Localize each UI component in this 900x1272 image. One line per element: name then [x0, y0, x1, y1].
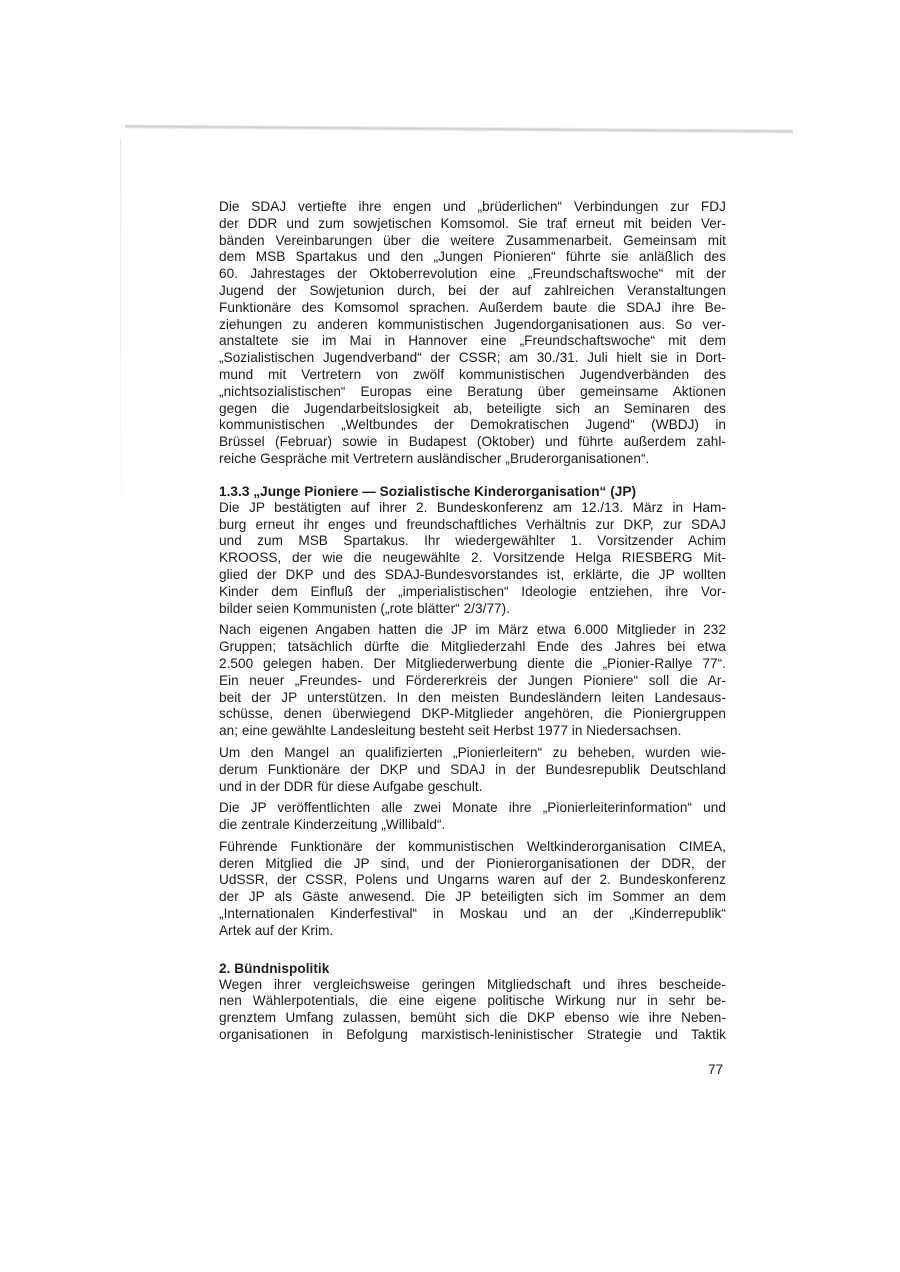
text-line: Brüssel (Februar) sowie in Budapest (Okt…	[219, 434, 726, 451]
paragraph-sdaj-relations: Die SDAJ vertiefte ihre engen und „brüde…	[219, 199, 726, 468]
text-line: „nichtsozialistischen“ Europas eine Bera…	[219, 384, 726, 401]
text-line: burg erneut ihr enges und freundschaftli…	[219, 517, 726, 534]
text-line: Gruppen; tatsächlich dürfte die Mitglied…	[219, 639, 726, 656]
paragraph-buendnispolitik: Wegen ihrer vergleichsweise geringen Mit…	[219, 977, 726, 1044]
text-line: deren Mitglied die JP sind, und der Pion…	[219, 856, 726, 873]
text-line: Nach eigenen Angaben hatten die JP im Mä…	[219, 622, 726, 639]
text-line: grenztem Umfang zulassen, bemüht sich di…	[219, 1010, 726, 1027]
text-line: Die JP veröffentlichten alle zwei Monate…	[219, 800, 726, 817]
text-line: dem MSB Spartakus und den „Jungen Pionie…	[219, 249, 726, 266]
paragraph-jp-membership: Nach eigenen Angaben hatten die JP im Mä…	[219, 622, 726, 740]
text-line: ziehungen zu anderen kommunistischen Jug…	[219, 317, 726, 334]
text-line: KROOSS, der wie die neugewählte 2. Vorsi…	[219, 550, 726, 567]
paragraph-international-contacts: Führende Funktionäre der kommunistischen…	[219, 839, 726, 940]
text-line: anstaltete sie im Mai in Hannover eine „…	[219, 333, 726, 350]
text-line: 2.500 gelegen haben. Der Mitgliederwerbu…	[219, 656, 726, 673]
text-line: die zentrale Kinderzeitung „Willibald“.	[219, 817, 726, 834]
text-line: mund mit Vertretern von zwölf kommunisti…	[219, 367, 726, 384]
text-line: „Sozialistischen Jugendverband“ der CSSR…	[219, 350, 726, 367]
text-line: gegen die Jugendarbeitslosigkeit ab, bet…	[219, 401, 726, 418]
text-line: schüsse, denen überwiegend DKP-Mitgliede…	[219, 706, 726, 723]
text-line: Artek auf der Krim.	[219, 923, 726, 940]
text-line: an; eine gewählte Landesleitung besteht …	[219, 723, 726, 740]
text-line: der JP als Gäste anwesend. Die JP beteil…	[219, 889, 726, 906]
text-line: Jugend der Sowjetunion durch, bei der au…	[219, 283, 726, 300]
text-line: Wegen ihrer vergleichsweise geringen Mit…	[219, 977, 726, 994]
paragraph-jp-publications: Die JP veröffentlichten alle zwei Monate…	[219, 800, 726, 834]
text-line: der DDR und zum sowjetischen Komsomol. S…	[219, 216, 726, 233]
text-line: Ein neuer „Freundes- und Fördererkreis d…	[219, 673, 726, 690]
section-heading-buendnispolitik: 2. Bündnispolitik	[219, 960, 726, 977]
text-line: beit der JP unterstützen. In den meisten…	[219, 690, 726, 707]
scan-left-edge	[120, 138, 121, 558]
text-line: Kinder dem Einfluß der „imperialistische…	[219, 584, 726, 601]
text-line: Führende Funktionäre der kommunistischen…	[219, 839, 726, 856]
page-number: 77	[708, 1062, 723, 1077]
text-line: und zum MSB Spartakus. Ihr wiedergewählt…	[219, 533, 726, 550]
text-line: glied der DKP und des SDAJ-Bundesvorstan…	[219, 567, 726, 584]
text-line: Um den Mangel an qualifizierten „Pionier…	[219, 745, 726, 762]
page-body: Die SDAJ vertiefte ihre engen und „brüde…	[219, 199, 726, 1049]
text-line: organisationen in Befolgung marxistisch-…	[219, 1027, 726, 1044]
paragraph-pionierleiter-training: Um den Mangel an qualifizierten „Pionier…	[219, 745, 726, 795]
text-line: Die SDAJ vertiefte ihre engen und „brüde…	[219, 199, 726, 216]
text-line: derum Funktionäre der DKP und SDAJ in de…	[219, 762, 726, 779]
scan-top-edge	[125, 124, 793, 134]
text-line: 60. Jahrestages der Oktoberrevolution ei…	[219, 266, 726, 283]
text-line: und in der DDR für diese Aufgabe geschul…	[219, 779, 726, 796]
text-line: bilder seien Kommunisten („rote blätter“…	[219, 601, 726, 618]
text-line: kommunistischen „Weltbundes der Demokrat…	[219, 417, 726, 434]
section-heading-junge-pioniere: 1.3.3 „Junge Pioniere — Sozialistische K…	[219, 483, 726, 500]
paragraph-jp-bundeskonferenz: Die JP bestätigten auf ihrer 2. Bundesko…	[219, 500, 726, 618]
text-line: Funktionäre des Komsomol sprachen. Außer…	[219, 300, 726, 317]
text-line: nen Wählerpotentials, die eine eigene po…	[219, 993, 726, 1010]
text-line: bänden Vereinbarungen über die weitere Z…	[219, 233, 726, 250]
text-line: reiche Gespräche mit Vertretern ausländi…	[219, 451, 726, 468]
text-line: Die JP bestätigten auf ihrer 2. Bundesko…	[219, 500, 726, 517]
text-line: UdSSR, der CSSR, Polens und Ungarns ware…	[219, 872, 726, 889]
text-line: „Internationalen Kinderfestival“ in Mosk…	[219, 906, 726, 923]
